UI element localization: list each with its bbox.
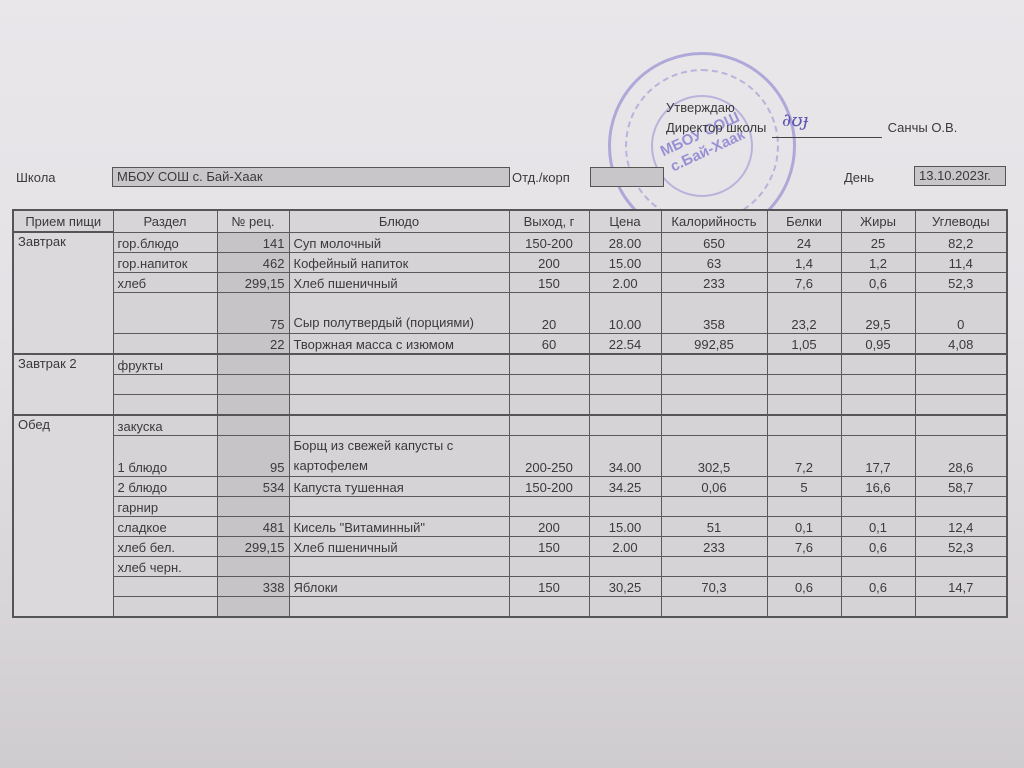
dish-cell: Хлеб пшеничный [289, 536, 509, 556]
table-row: хлеб299,15Хлеб пшеничный1502.002337,60,6… [13, 272, 1007, 292]
price-cell: 15.00 [589, 252, 661, 272]
table-row: 1 блюдо95Борщ из свежей капусты с картоф… [13, 435, 1007, 476]
fat-cell [841, 596, 915, 617]
price-cell [589, 394, 661, 415]
yield-cell: 60 [509, 333, 589, 354]
fat-cell: 0,6 [841, 272, 915, 292]
approval-title: Утверждаю [666, 98, 957, 118]
dish-cell [289, 374, 509, 394]
protein-cell [767, 556, 841, 576]
recipe-cell [217, 354, 289, 375]
section-cell: сладкое [113, 516, 217, 536]
recipe-cell: 299,15 [217, 272, 289, 292]
dish-cell [289, 556, 509, 576]
section-cell [113, 596, 217, 617]
fat-cell [841, 354, 915, 375]
yield-cell [509, 374, 589, 394]
yield-cell [509, 496, 589, 516]
day-field: 13.10.2023г. [914, 166, 1006, 186]
yield-cell: 20 [509, 292, 589, 333]
yield-cell: 150-200 [509, 476, 589, 496]
day-label: День [844, 170, 874, 185]
fat-cell: 0,6 [841, 536, 915, 556]
dish-cell: Кисель "Витаминный" [289, 516, 509, 536]
protein-cell [767, 394, 841, 415]
fat-cell [841, 415, 915, 436]
fat-cell: 0,6 [841, 576, 915, 596]
price-cell: 30,25 [589, 576, 661, 596]
protein-cell: 7,6 [767, 536, 841, 556]
carbs-cell: 52,3 [915, 272, 1007, 292]
protein-cell: 5 [767, 476, 841, 496]
dish-cell: Суп молочный [289, 232, 509, 252]
section-cell [113, 374, 217, 394]
carbs-cell [915, 354, 1007, 375]
carbs-cell: 12,4 [915, 516, 1007, 536]
director-label: Директор школы [666, 120, 766, 135]
kcal-cell: 0,06 [661, 476, 767, 496]
section-cell: хлеб черн. [113, 556, 217, 576]
price-cell: 34.25 [589, 476, 661, 496]
fat-cell: 0,95 [841, 333, 915, 354]
column-header: Блюдо [289, 210, 509, 232]
price-cell: 15.00 [589, 516, 661, 536]
section-cell: 1 блюдо [113, 435, 217, 476]
price-cell: 2.00 [589, 272, 661, 292]
carbs-cell: 11,4 [915, 252, 1007, 272]
table-row: гор.напиток462Кофейный напиток20015.0063… [13, 252, 1007, 272]
recipe-cell: 462 [217, 252, 289, 272]
school-field: МБОУ СОШ с. Бай-Хаак [112, 167, 510, 187]
carbs-cell: 82,2 [915, 232, 1007, 252]
kcal-cell: 992,85 [661, 333, 767, 354]
recipe-cell: 141 [217, 232, 289, 252]
kcal-cell: 650 [661, 232, 767, 252]
carbs-cell [915, 394, 1007, 415]
protein-cell [767, 374, 841, 394]
table-row: 2 блюдо534Капуста тушенная150-20034.250,… [13, 476, 1007, 496]
dept-label: Отд./корп [512, 170, 570, 185]
price-cell [589, 374, 661, 394]
dish-cell: Хлеб пшеничный [289, 272, 509, 292]
kcal-cell: 70,3 [661, 576, 767, 596]
fat-cell [841, 374, 915, 394]
fat-cell: 17,7 [841, 435, 915, 476]
yield-cell [509, 596, 589, 617]
yield-cell [509, 394, 589, 415]
column-header: Раздел [113, 210, 217, 232]
recipe-cell [217, 556, 289, 576]
kcal-cell [661, 394, 767, 415]
kcal-cell [661, 496, 767, 516]
table-row: Завтрак 2фрукты [13, 354, 1007, 375]
fat-cell: 1,2 [841, 252, 915, 272]
recipe-cell [217, 496, 289, 516]
recipe-cell: 534 [217, 476, 289, 496]
carbs-cell: 52,3 [915, 536, 1007, 556]
yield-cell: 200 [509, 252, 589, 272]
kcal-cell: 63 [661, 252, 767, 272]
fat-cell: 29,5 [841, 292, 915, 333]
recipe-cell: 22 [217, 333, 289, 354]
kcal-cell: 233 [661, 536, 767, 556]
fat-cell: 0,1 [841, 516, 915, 536]
section-cell [113, 292, 217, 333]
table-row: хлеб черн. [13, 556, 1007, 576]
signature-line: ∂ʊɟ [772, 123, 882, 138]
table-row: сладкое481Кисель "Витаминный"20015.00510… [13, 516, 1007, 536]
carbs-cell: 14,7 [915, 576, 1007, 596]
fat-cell [841, 496, 915, 516]
section-cell: гарнир [113, 496, 217, 516]
protein-cell: 7,2 [767, 435, 841, 476]
price-cell [589, 415, 661, 436]
table-row: 338Яблоки15030,2570,30,60,614,7 [13, 576, 1007, 596]
section-cell: гор.напиток [113, 252, 217, 272]
table-row: 22Творжная масса с изюмом6022.54992,851,… [13, 333, 1007, 354]
protein-cell: 1,05 [767, 333, 841, 354]
dish-cell [289, 496, 509, 516]
table-row [13, 394, 1007, 415]
carbs-cell [915, 556, 1007, 576]
section-cell [113, 394, 217, 415]
dish-cell: Борщ из свежей капусты с картофелем [289, 435, 509, 476]
kcal-cell [661, 596, 767, 617]
table-row: Завтракгор.блюдо141Суп молочный150-20028… [13, 232, 1007, 252]
column-header: № рец. [217, 210, 289, 232]
table-header-row: Прием пищиРаздел№ рец.БлюдоВыход, гЦенаК… [13, 210, 1007, 232]
recipe-cell: 338 [217, 576, 289, 596]
carbs-cell: 0 [915, 292, 1007, 333]
protein-cell [767, 496, 841, 516]
section-cell [113, 576, 217, 596]
kcal-cell [661, 354, 767, 375]
table-row: гарнир [13, 496, 1007, 516]
table-body: Завтракгор.блюдо141Суп молочный150-20028… [13, 232, 1007, 617]
kcal-cell: 358 [661, 292, 767, 333]
table-row: 75Сыр полутвердый (порциями)2010.0035823… [13, 292, 1007, 333]
protein-cell [767, 596, 841, 617]
dish-cell [289, 354, 509, 375]
carbs-cell [915, 496, 1007, 516]
director-name: Санчы О.В. [888, 120, 958, 135]
dish-cell: Кофейный напиток [289, 252, 509, 272]
column-header: Углеводы [915, 210, 1007, 232]
column-header: Прием пищи [13, 210, 113, 232]
kcal-cell: 233 [661, 272, 767, 292]
meal-cell: Завтрак 2 [13, 354, 113, 415]
recipe-cell [217, 415, 289, 436]
signature-icon: ∂ʊɟ [782, 111, 808, 131]
yield-cell: 150-200 [509, 232, 589, 252]
approval-block: Утверждаю Директор школы ∂ʊɟ Санчы О.В. [666, 98, 957, 138]
kcal-cell: 51 [661, 516, 767, 536]
kcal-cell: 302,5 [661, 435, 767, 476]
dish-cell: Творжная масса с изюмом [289, 333, 509, 354]
price-cell: 10.00 [589, 292, 661, 333]
dept-field [590, 167, 664, 187]
column-header: Выход, г [509, 210, 589, 232]
meal-cell: Обед [13, 415, 113, 617]
protein-cell: 0,1 [767, 516, 841, 536]
recipe-cell: 299,15 [217, 536, 289, 556]
price-cell: 2.00 [589, 536, 661, 556]
yield-cell: 150 [509, 272, 589, 292]
recipe-cell: 95 [217, 435, 289, 476]
yield-cell [509, 415, 589, 436]
protein-cell: 23,2 [767, 292, 841, 333]
dish-cell [289, 596, 509, 617]
table-row [13, 596, 1007, 617]
fat-cell [841, 394, 915, 415]
section-cell: закуска [113, 415, 217, 436]
price-cell: 34.00 [589, 435, 661, 476]
yield-cell: 150 [509, 536, 589, 556]
price-cell [589, 354, 661, 375]
kcal-cell [661, 374, 767, 394]
carbs-cell: 58,7 [915, 476, 1007, 496]
price-cell [589, 596, 661, 617]
carbs-cell [915, 374, 1007, 394]
recipe-cell [217, 596, 289, 617]
recipe-cell: 481 [217, 516, 289, 536]
meal-cell: Завтрак [13, 232, 113, 354]
table-row [13, 374, 1007, 394]
fat-cell [841, 556, 915, 576]
price-cell: 28.00 [589, 232, 661, 252]
protein-cell: 7,6 [767, 272, 841, 292]
fat-cell: 25 [841, 232, 915, 252]
protein-cell [767, 415, 841, 436]
carbs-cell: 28,6 [915, 435, 1007, 476]
price-cell [589, 556, 661, 576]
protein-cell [767, 354, 841, 375]
price-cell [589, 496, 661, 516]
protein-cell: 1,4 [767, 252, 841, 272]
recipe-cell [217, 374, 289, 394]
yield-cell [509, 354, 589, 375]
section-cell: хлеб [113, 272, 217, 292]
yield-cell: 200 [509, 516, 589, 536]
dish-cell: Капуста тушенная [289, 476, 509, 496]
section-cell: гор.блюдо [113, 232, 217, 252]
section-cell [113, 333, 217, 354]
kcal-cell [661, 415, 767, 436]
carbs-cell: 4,08 [915, 333, 1007, 354]
yield-cell: 150 [509, 576, 589, 596]
section-cell: хлеб бел. [113, 536, 217, 556]
protein-cell: 0,6 [767, 576, 841, 596]
school-label: Школа [16, 170, 56, 185]
menu-table: Прием пищиРаздел№ рец.БлюдоВыход, гЦенаК… [12, 209, 1008, 618]
section-cell: фрукты [113, 354, 217, 375]
carbs-cell [915, 415, 1007, 436]
document-page: МБОУ СОШ с.Бай-Хаак Утверждаю Директор ш… [0, 0, 1024, 768]
dish-cell [289, 415, 509, 436]
column-header: Цена [589, 210, 661, 232]
yield-cell: 200-250 [509, 435, 589, 476]
column-header: Белки [767, 210, 841, 232]
dish-cell: Сыр полутвердый (порциями) [289, 292, 509, 333]
yield-cell [509, 556, 589, 576]
column-header: Калорийность [661, 210, 767, 232]
dish-cell: Яблоки [289, 576, 509, 596]
protein-cell: 24 [767, 232, 841, 252]
column-header: Жиры [841, 210, 915, 232]
section-cell: 2 блюдо [113, 476, 217, 496]
kcal-cell [661, 556, 767, 576]
table-row: хлеб бел.299,15Хлеб пшеничный1502.002337… [13, 536, 1007, 556]
dish-cell [289, 394, 509, 415]
fat-cell: 16,6 [841, 476, 915, 496]
price-cell: 22.54 [589, 333, 661, 354]
recipe-cell: 75 [217, 292, 289, 333]
table-row: Обедзакуска [13, 415, 1007, 436]
carbs-cell [915, 596, 1007, 617]
recipe-cell [217, 394, 289, 415]
